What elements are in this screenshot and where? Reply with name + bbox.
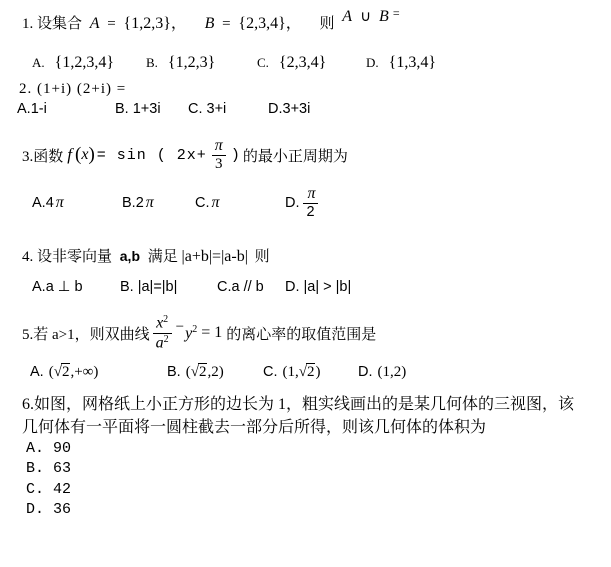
option-text: {1,3,4}	[389, 54, 436, 71]
question-6-stem: 6.如图，网格纸上小正方形的边长为 1，粗实线画出的是某几何体的三视图，该 几何…	[22, 393, 603, 439]
question-2-options: A.1-i B. 1+3i C. 3+i D.3+3i	[17, 101, 603, 117]
option-label: B.	[167, 364, 181, 380]
radicand: 2	[198, 363, 208, 380]
option-text: ,2)	[207, 364, 223, 380]
q2-option-c: C. 3+i	[188, 101, 268, 117]
q1-eq-a: =	[107, 16, 115, 32]
q6-option-b: B. 63	[26, 459, 603, 480]
fraction-denominator: a2	[153, 333, 172, 353]
question-3-stem: 3.函数 f ( x ) = sin ( 2x+ π 3 ) 的最小正周期为	[22, 137, 603, 174]
q3-close-paren: )	[88, 144, 94, 166]
q3-option-c: C.π	[195, 194, 285, 212]
q1-union-expression: A ∪ B =	[342, 8, 399, 25]
fraction-denominator: 3	[212, 155, 226, 173]
question-5-stem: 5.若 a>1，则双曲线 x2 a2 − y2 = 1 的离心率的取值范围是	[22, 314, 603, 353]
q4-tail: 则	[255, 249, 270, 265]
q1-expr-b: B	[379, 8, 389, 25]
q3-option-d-fraction: π2	[303, 185, 319, 221]
q2-option-d: D.3+3i	[268, 101, 310, 117]
q3-after: )	[231, 147, 241, 164]
q3-option-a: A.4π	[32, 194, 122, 212]
q6-stem-line-1: 6.如图，网格纸上小正方形的边长为 1，粗实线画出的是某几何体的三视图，该	[22, 393, 603, 416]
q5-option-b: B.(√2,2)	[167, 364, 263, 381]
pi-symbol: π	[56, 194, 64, 211]
q3-lead: 3.函数	[22, 145, 63, 166]
fraction-numerator: x2	[153, 314, 171, 333]
q2-option-b: B. 1+3i	[115, 101, 188, 117]
option-text: (1,	[283, 364, 299, 380]
question-1-stem: 1. 设集合 A = {1,2,3}， B = {2,3,4}， 则 A ∪ B…	[22, 10, 603, 33]
question-4-options: A.a ⊥ b B. |a|=|b| C.a // b D. |a| > |b|	[32, 279, 603, 295]
fraction-numerator: π	[212, 137, 226, 155]
option-text: )	[315, 364, 320, 380]
union-symbol: ∪	[360, 9, 371, 25]
sqrt-2: √2	[299, 364, 316, 380]
q6-option-a: A. 90	[26, 439, 603, 460]
q4-option-d: D. |a| > |b|	[285, 279, 351, 295]
q3-option-b: B.2π	[122, 194, 195, 212]
q6-stem-line-2: 几何体有一平面将一圆柱截去一部分后所得，则该几何体的体积为	[22, 416, 603, 439]
option-text: (	[49, 364, 54, 380]
q1-expr-eq: =	[393, 6, 400, 20]
pi-symbol: π	[212, 194, 220, 211]
pi-symbol: π	[146, 194, 154, 211]
option-label: A.	[30, 364, 44, 380]
option-text: {1,2,3,4}	[55, 54, 114, 71]
q3-tail: 的最小正周期为	[243, 145, 348, 166]
question-5-options: A.(√2,+∞) B.(√2,2) C.(1,√2) D.(1,2)	[30, 364, 603, 381]
sqrt-2: √2	[54, 364, 71, 380]
question-6-options: A. 90 B. 63 C. 42 D. 36	[26, 439, 603, 521]
frac-den-exponent: 2	[164, 334, 169, 345]
q4-vectors: a,b	[120, 248, 140, 264]
frac-den-base: a	[156, 334, 164, 351]
q1-var-a: A	[90, 15, 100, 32]
option-text: {1,2,3}	[168, 54, 215, 71]
question-1-options: A.{1,2,3,4} B.{1,2,3} C.{2,3,4} D.{1,3,4…	[32, 54, 603, 72]
question-2-stem: 2. (1+i) (2+i) =	[19, 81, 603, 98]
q1-lead: 1. 设集合	[22, 16, 82, 32]
q3-f: f	[67, 145, 72, 165]
option-text: ,+∞)	[70, 364, 98, 380]
q5-y-term: y2	[185, 324, 197, 343]
sqrt-2: √2	[191, 364, 208, 380]
exam-page: 1. 设集合 A = {1,2,3}， B = {2,3,4}， 则 A ∪ B…	[0, 0, 611, 567]
q4-mid: 满足	[148, 249, 178, 265]
q1-set-b: {2,3,4}，	[238, 15, 301, 32]
q4-option-c: C.a // b	[217, 279, 285, 295]
q1-option-a: A.{1,2,3,4}	[32, 54, 146, 72]
option-label: C.	[195, 195, 210, 211]
q5-option-d: D.(1,2)	[358, 364, 406, 381]
frac-num-exponent: 2	[163, 314, 168, 325]
minus-sign: −	[176, 319, 184, 336]
q3-mid: = sin ( 2x+	[97, 147, 207, 164]
q6-option-c: C. 42	[26, 480, 603, 501]
q1-var-b: B	[205, 15, 215, 32]
q2-option-a: A.1-i	[17, 101, 115, 117]
option-label: C.	[263, 364, 278, 380]
fraction-numerator: π	[305, 185, 319, 203]
option-label: B.2	[122, 195, 144, 211]
q5-lead: 5.若 a>1，则双曲线	[22, 323, 150, 344]
q1-option-b: B.{1,2,3}	[146, 54, 257, 72]
q3-x: x	[81, 146, 88, 164]
option-label: C.	[257, 55, 269, 70]
y-exponent: 2	[192, 324, 197, 335]
option-label: A.	[32, 55, 45, 70]
q1-option-c: C.{2,3,4}	[257, 54, 366, 72]
option-label: B.	[146, 55, 158, 70]
q4-option-a: A.a ⊥ b	[32, 279, 120, 295]
q6-option-d: D. 36	[26, 500, 603, 521]
q5-equals-one: = 1	[201, 324, 222, 342]
q4-lead: 4. 设非零向量	[22, 249, 112, 265]
option-label: A.4	[32, 195, 54, 211]
q4-expression: |a+b|=|a-b|	[182, 248, 248, 265]
option-text: (1,2)	[378, 364, 407, 380]
q4-option-b: B. |a|=|b|	[120, 279, 217, 295]
question-3-options: A.4π B.2π C.π D.π2	[32, 185, 603, 221]
q1-expr-a: A	[342, 8, 352, 25]
option-label: D.	[358, 364, 373, 380]
q1-option-d: D.{1,3,4}	[366, 54, 436, 72]
radicand: 2	[61, 363, 71, 380]
q1-set-a: {1,2,3}，	[124, 15, 187, 32]
question-4-stem: 4. 设非零向量 a,b 满足 |a+b|=|a-b| 则	[22, 245, 603, 266]
option-label: D.	[366, 55, 379, 70]
q1-then: 则	[320, 16, 335, 32]
q5-option-c: C.(1,√2)	[263, 364, 358, 381]
option-text: {2,3,4}	[279, 54, 326, 71]
q5-fraction: x2 a2	[153, 314, 172, 353]
q5-option-a: A.(√2,+∞)	[30, 364, 167, 381]
fraction-denominator: 2	[303, 203, 317, 221]
q1-eq-b: =	[222, 16, 230, 32]
q3-fraction: π 3	[212, 137, 226, 174]
q5-tail: 的离心率的取值范围是	[226, 323, 376, 344]
option-label: D.	[285, 195, 300, 211]
option-text: (	[186, 364, 191, 380]
q3-option-d: D.π2	[285, 185, 322, 221]
